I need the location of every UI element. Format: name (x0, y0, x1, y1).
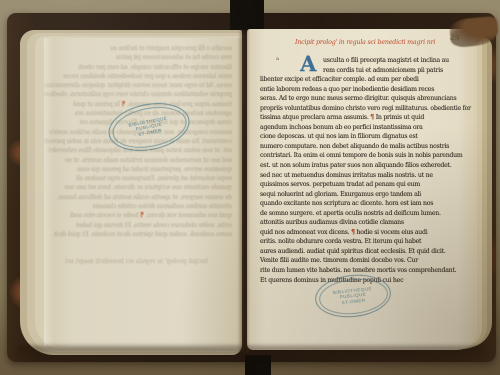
manuscript-line: sequi noluerint ad gloriam. Exurgamus er… (60, 174, 232, 183)
manuscript-line: cione deposcas. ut qui nos iam in filior… (260, 132, 466, 142)
manuscript-line: entie laborem redeas a quo per inobedien… (260, 85, 466, 95)
manuscript-photo: usculta o fili precepta magistri et incl… (0, 0, 500, 375)
manuscript-line: sed nec ut metuendus dominus irritatus m… (60, 156, 232, 165)
stamp-inner-oval (317, 275, 389, 317)
manuscript-line: libenter excipe et efficaciter comple. a… (60, 63, 232, 72)
manuscript-line: eritis. nolite obdurare corda vestra. Et… (60, 221, 232, 230)
gutter-shadow (238, 30, 250, 352)
manuscript-text-block: A usculta o fili precepta magistri et in… (260, 56, 466, 285)
manuscript-line: sed nec ut metuendus dominus irritatus m… (260, 171, 466, 181)
manuscript-line: aures audiendi. audiat quid spiritus dic… (260, 247, 466, 257)
manuscript-line: quando excitante nos scriptura ac dicent… (260, 199, 466, 209)
manuscript-line: numero computare. non debet aliquando de… (260, 142, 466, 152)
manuscript-line: tissima atque preclara arma assumis. ¶ I… (260, 113, 466, 123)
paraph-mark: ¶ (351, 229, 355, 236)
manuscript-line: de somno surgere. et apertis oculis nost… (60, 193, 232, 202)
manuscript-line: usculta o fili precepta magistri et incl… (260, 56, 466, 66)
manuscript-line: quid nos admoneat vox dicens. ¶ hodie si… (60, 211, 232, 220)
page-edge-highlight (44, 38, 54, 346)
paraph-mark: ¶ (122, 101, 126, 108)
manuscript-line: contristari. Ita enim ei omni tempore de… (260, 151, 466, 161)
manuscript-line: quando excitante nos scriptura ac dicent… (60, 183, 232, 192)
page-bottom-shadow (16, 346, 484, 360)
manuscript-line: attonitis auribus audiamus divina cotidi… (260, 218, 466, 228)
illuminated-initial: A (300, 53, 316, 74)
manuscript-line: seras. Ad te ergo nunc meus sermo dirigi… (260, 94, 466, 104)
manuscript-line: aures audiendi. audiat quid spiritus dic… (60, 230, 232, 239)
manuscript-line: Venite filii audite me. timorem domini d… (260, 256, 466, 266)
manuscript-line: usculta o fili precepta magistri et incl… (60, 44, 232, 53)
left-page-bleedthrough-explicit-line: Incipit prolog' in regula sci benedicti … (78, 258, 208, 265)
manuscript-line: de somno surgere. et apertis oculis nost… (260, 209, 466, 219)
manuscript-line: attonitis auribus audiamus divina cotidi… (60, 202, 232, 211)
manuscript-line: propriis voluntatibus domino christo ver… (260, 104, 466, 114)
left-page: usculta o fili precepta magistri et incl… (44, 38, 242, 347)
paraph-mark: ¶ (140, 212, 144, 219)
manuscript-line: est. ut non solum iratus pater suos non … (260, 161, 466, 171)
rubric-incipit: Incipit prolog' in regula sci benedicti … (295, 39, 475, 46)
manuscript-line: rem cordis tui et admonicionem pii patri… (60, 53, 232, 62)
manuscript-line: quissimos servos. perpetuam tradat ad pe… (60, 165, 232, 174)
paraph-mark: ¶ (370, 114, 374, 121)
right-page: 29 Incipit prolog' in regula sci benedic… (247, 29, 477, 350)
manuscript-line: quissimos servos. perpetuam tradat ad pe… (260, 180, 466, 190)
manuscript-line: entie laborem redeas a quo per inobedien… (60, 72, 232, 81)
manuscript-line: seras. Ad te ergo nunc meus sermo dirigi… (60, 81, 232, 90)
text-lines: usculta o fili precepta magistri et incl… (260, 56, 466, 285)
manuscript-line: sequi noluerint ad gloriam. Exurgamus er… (260, 190, 466, 200)
manuscript-line: eritis. nolite obdurare corda vestra. Et… (260, 237, 466, 247)
manuscript-line: quid nos admoneat vox dicens. ¶ hodie si… (260, 228, 466, 238)
manuscript-line: libenter excipe et efficaciter comple. a… (260, 75, 466, 85)
manuscript-line: propriis voluntatibus domino christo ver… (60, 90, 232, 99)
manuscript-line: rem cordis tui et admonicionem pii patri… (260, 66, 466, 76)
manuscript-line: agendum inchoas bonum ab eo perfici inst… (260, 123, 466, 133)
